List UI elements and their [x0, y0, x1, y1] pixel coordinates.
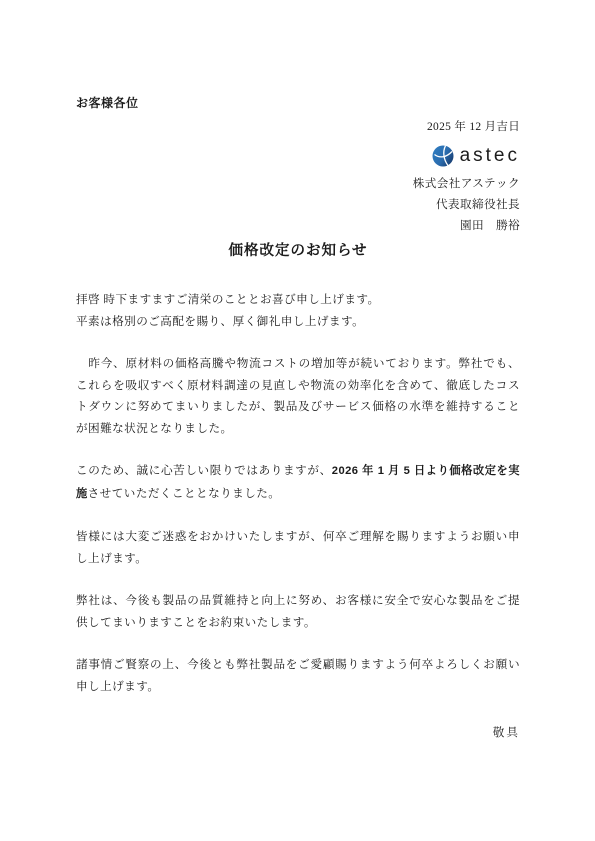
apology-paragraph: 皆様には大変ご迷惑をおかけいたしますが、何卒ご理解を賜りますようお願い申し上げま…: [76, 526, 520, 569]
request-paragraph: 諸事情ご賢察の上、今後とも弊社製品をご愛顧賜りますよう何卒よろしくお願い申し上げ…: [76, 654, 520, 697]
revision-post-text: させていただくこととなりました。: [88, 487, 281, 500]
closing-keigu: 敬具: [76, 722, 520, 744]
sender-block: 株式会社アステック 代表取締役社長 園田 勝裕: [76, 173, 520, 236]
recipient-line: お客様各位: [76, 96, 520, 111]
revision-paragraph: このため、誠に心苦しい限りではありますが、2026 年 1 月 5 日より価格改…: [76, 460, 520, 505]
sender-company: 株式会社アステック: [76, 173, 520, 194]
date-line: 2025 年 12 月吉日: [76, 120, 520, 135]
letter-page: お客様各位 2025 年 12 月吉日 a: [0, 0, 595, 841]
sender-name: 園田 勝裕: [76, 215, 520, 236]
letter-header-right: 2025 年 12 月吉日 astec: [76, 120, 520, 236]
greeting-paragraph: 拝啓 時下ますますご清栄のこととお喜び申し上げます。 平素は格別のご高配を賜り、…: [76, 289, 520, 332]
sender-role: 代表取締役社長: [76, 194, 520, 215]
company-logo: astec: [76, 142, 520, 169]
revision-pre-text: このため、誠に心苦しい限りではありますが、: [76, 464, 332, 477]
promise-paragraph: 弊社は、今後も製品の品質維持と向上に努め、お客様に安全で安心な製品をご提供してま…: [76, 590, 520, 633]
logo-wordmark: astec: [460, 145, 520, 167]
letter-subject-title: 価格改定のお知らせ: [76, 242, 520, 260]
letter-body: 拝啓 時下ますますご清栄のこととお喜び申し上げます。 平素は格別のご高配を賜り、…: [76, 289, 520, 744]
astec-globe-icon: [432, 145, 454, 167]
situation-paragraph: 昨今、原材料の価格高騰や物流コストの増加等が続いております。弊社でも、これらを吸…: [76, 353, 520, 439]
